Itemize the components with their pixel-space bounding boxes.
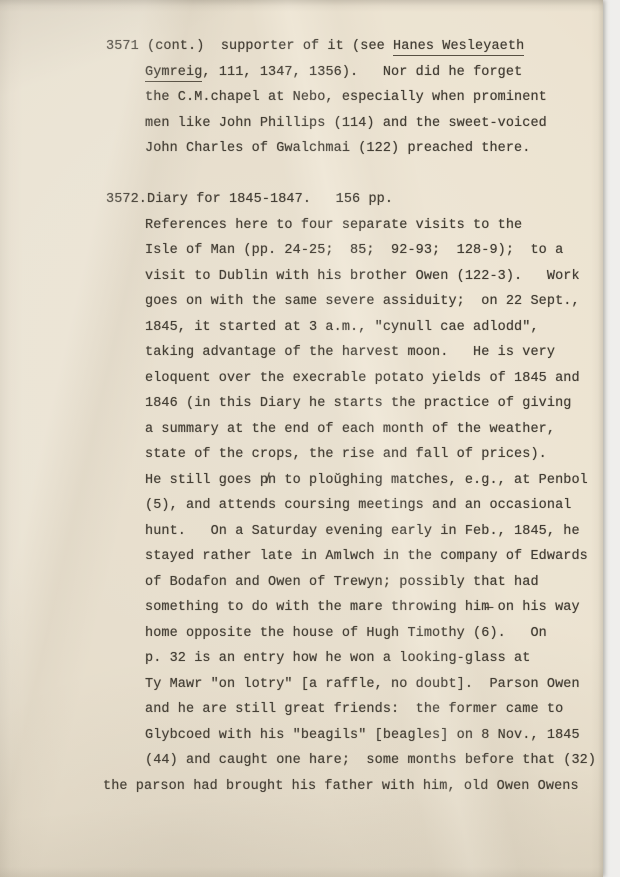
text-line: taking advantage of the harvest moon. He… bbox=[0, 340, 603, 366]
text-line: home opposite the house of Hugh Timothy … bbox=[0, 621, 603, 647]
text-run: (5), and attends coursing meetings and a… bbox=[145, 498, 571, 513]
text-run: Isle of Man (pp. 24-25; 85; 92-93; 128-9… bbox=[145, 243, 563, 258]
text-run: Glybcoed with his "beagils" [beagles] on… bbox=[145, 728, 580, 743]
text-line: the parson had brought his father with h… bbox=[0, 774, 603, 800]
text-line: 3571 (cont.) supporter of it (see Hanes … bbox=[0, 34, 603, 60]
text-line: the C.M.chapel at Nebo, especially when … bbox=[0, 85, 603, 111]
text-line: Ty Mawr "on lotry" [a raffle, no doubt].… bbox=[0, 672, 603, 698]
text-run: eloquent over the execrable potato yield… bbox=[145, 371, 580, 386]
text-run: of Bodafon and Owen of Trewyn; possibly … bbox=[145, 575, 539, 590]
text-run: visit to Dublin with his brother Owen (1… bbox=[145, 269, 580, 284]
text-line: visit to Dublin with his brother Owen (1… bbox=[0, 264, 603, 290]
text-line: (5), and attends coursing meetings and a… bbox=[0, 493, 603, 519]
text-line: 1846 (in this Diary he starts the practi… bbox=[0, 391, 603, 417]
text-run: state of the crops, the rise and fall of… bbox=[145, 447, 547, 462]
text-line: men like John Phillips (114) and the swe… bbox=[0, 111, 603, 137]
text-run: the parson had brought his father with h… bbox=[103, 779, 579, 794]
blank-line bbox=[0, 162, 603, 188]
underlined-text-run: Hanes Wesleyaeth bbox=[393, 39, 524, 56]
text-line: Glybcoed with his "beagils" [beagles] on… bbox=[0, 723, 603, 749]
text-line: References here to four separate visits … bbox=[0, 213, 603, 239]
text-line: He still goes p̸n to ploŭghing matches, … bbox=[0, 468, 603, 494]
document-text: 3571 (cont.) supporter of it (see Hanes … bbox=[0, 34, 603, 799]
text-run: and he are still great friends: the form… bbox=[145, 702, 563, 717]
text-run: , 111, 1347, 1356). Nor did he forget bbox=[202, 65, 522, 80]
text-run: hunt. On a Saturday evening early in Feb… bbox=[145, 524, 580, 539]
text-line: 1845, it started at 3 a.m., "cynull cae … bbox=[0, 315, 603, 341]
text-run: p. 32 is an entry how he won a looking-g… bbox=[145, 651, 530, 666]
text-run: home opposite the house of Hugh Timothy … bbox=[145, 626, 547, 641]
text-line: hunt. On a Saturday evening early in Feb… bbox=[0, 519, 603, 545]
underlined-text-run: Gymreig bbox=[145, 65, 202, 82]
text-run: John Charles of Gwalchmai (122) preached… bbox=[145, 141, 530, 156]
scanned-page: 3571 (cont.) supporter of it (see Hanes … bbox=[0, 0, 603, 877]
text-line: eloquent over the execrable potato yield… bbox=[0, 366, 603, 392]
text-line: stayed rather late in Amlwch in the comp… bbox=[0, 544, 603, 570]
text-line: (44) and caught one hare; some months be… bbox=[0, 748, 603, 774]
text-run: goes on with the same severe assiduity; … bbox=[145, 294, 580, 309]
text-run: a summary at the end of each month of th… bbox=[145, 422, 555, 437]
text-line: Gymreig, 111, 1347, 1356). Nor did he fo… bbox=[0, 60, 603, 86]
text-line: p. 32 is an entry how he won a looking-g… bbox=[0, 646, 603, 672]
text-run: something to do with the mare throwing h… bbox=[145, 600, 580, 615]
text-line: something to do with the mare throwing h… bbox=[0, 595, 603, 621]
text-line: goes on with the same severe assiduity; … bbox=[0, 289, 603, 315]
text-run: 3571 (cont.) supporter of it (see bbox=[106, 39, 393, 54]
text-run: men like John Phillips (114) and the swe… bbox=[145, 116, 547, 131]
text-line: Isle of Man (pp. 24-25; 85; 92-93; 128-9… bbox=[0, 238, 603, 264]
scan-background: 3571 (cont.) supporter of it (see Hanes … bbox=[0, 0, 620, 877]
text-run: He still goes p̸n to ploŭghing matches, … bbox=[145, 473, 588, 488]
text-run: 1846 (in this Diary he starts the practi… bbox=[145, 396, 571, 411]
text-line: 3572.Diary for 1845-1847. 156 pp. bbox=[0, 187, 603, 213]
text-line: a summary at the end of each month of th… bbox=[0, 417, 603, 443]
text-line: John Charles of Gwalchmai (122) preached… bbox=[0, 136, 603, 162]
text-line: of Bodafon and Owen of Trewyn; possibly … bbox=[0, 570, 603, 596]
text-run: 3572.Diary for 1845-1847. 156 pp. bbox=[106, 192, 393, 207]
text-run: taking advantage of the harvest moon. He… bbox=[145, 345, 555, 360]
text-run: stayed rather late in Amlwch in the comp… bbox=[145, 549, 588, 564]
text-run: References here to four separate visits … bbox=[145, 218, 522, 233]
text-line: and he are still great friends: the form… bbox=[0, 697, 603, 723]
text-run: 1845, it started at 3 a.m., "cynull cae … bbox=[145, 320, 539, 335]
text-run: Ty Mawr "on lotry" [a raffle, no doubt].… bbox=[145, 677, 580, 692]
text-line: state of the crops, the rise and fall of… bbox=[0, 442, 603, 468]
text-run: the C.M.chapel at Nebo, especially when … bbox=[145, 90, 547, 105]
text-run: (44) and caught one hare; some months be… bbox=[145, 753, 596, 768]
